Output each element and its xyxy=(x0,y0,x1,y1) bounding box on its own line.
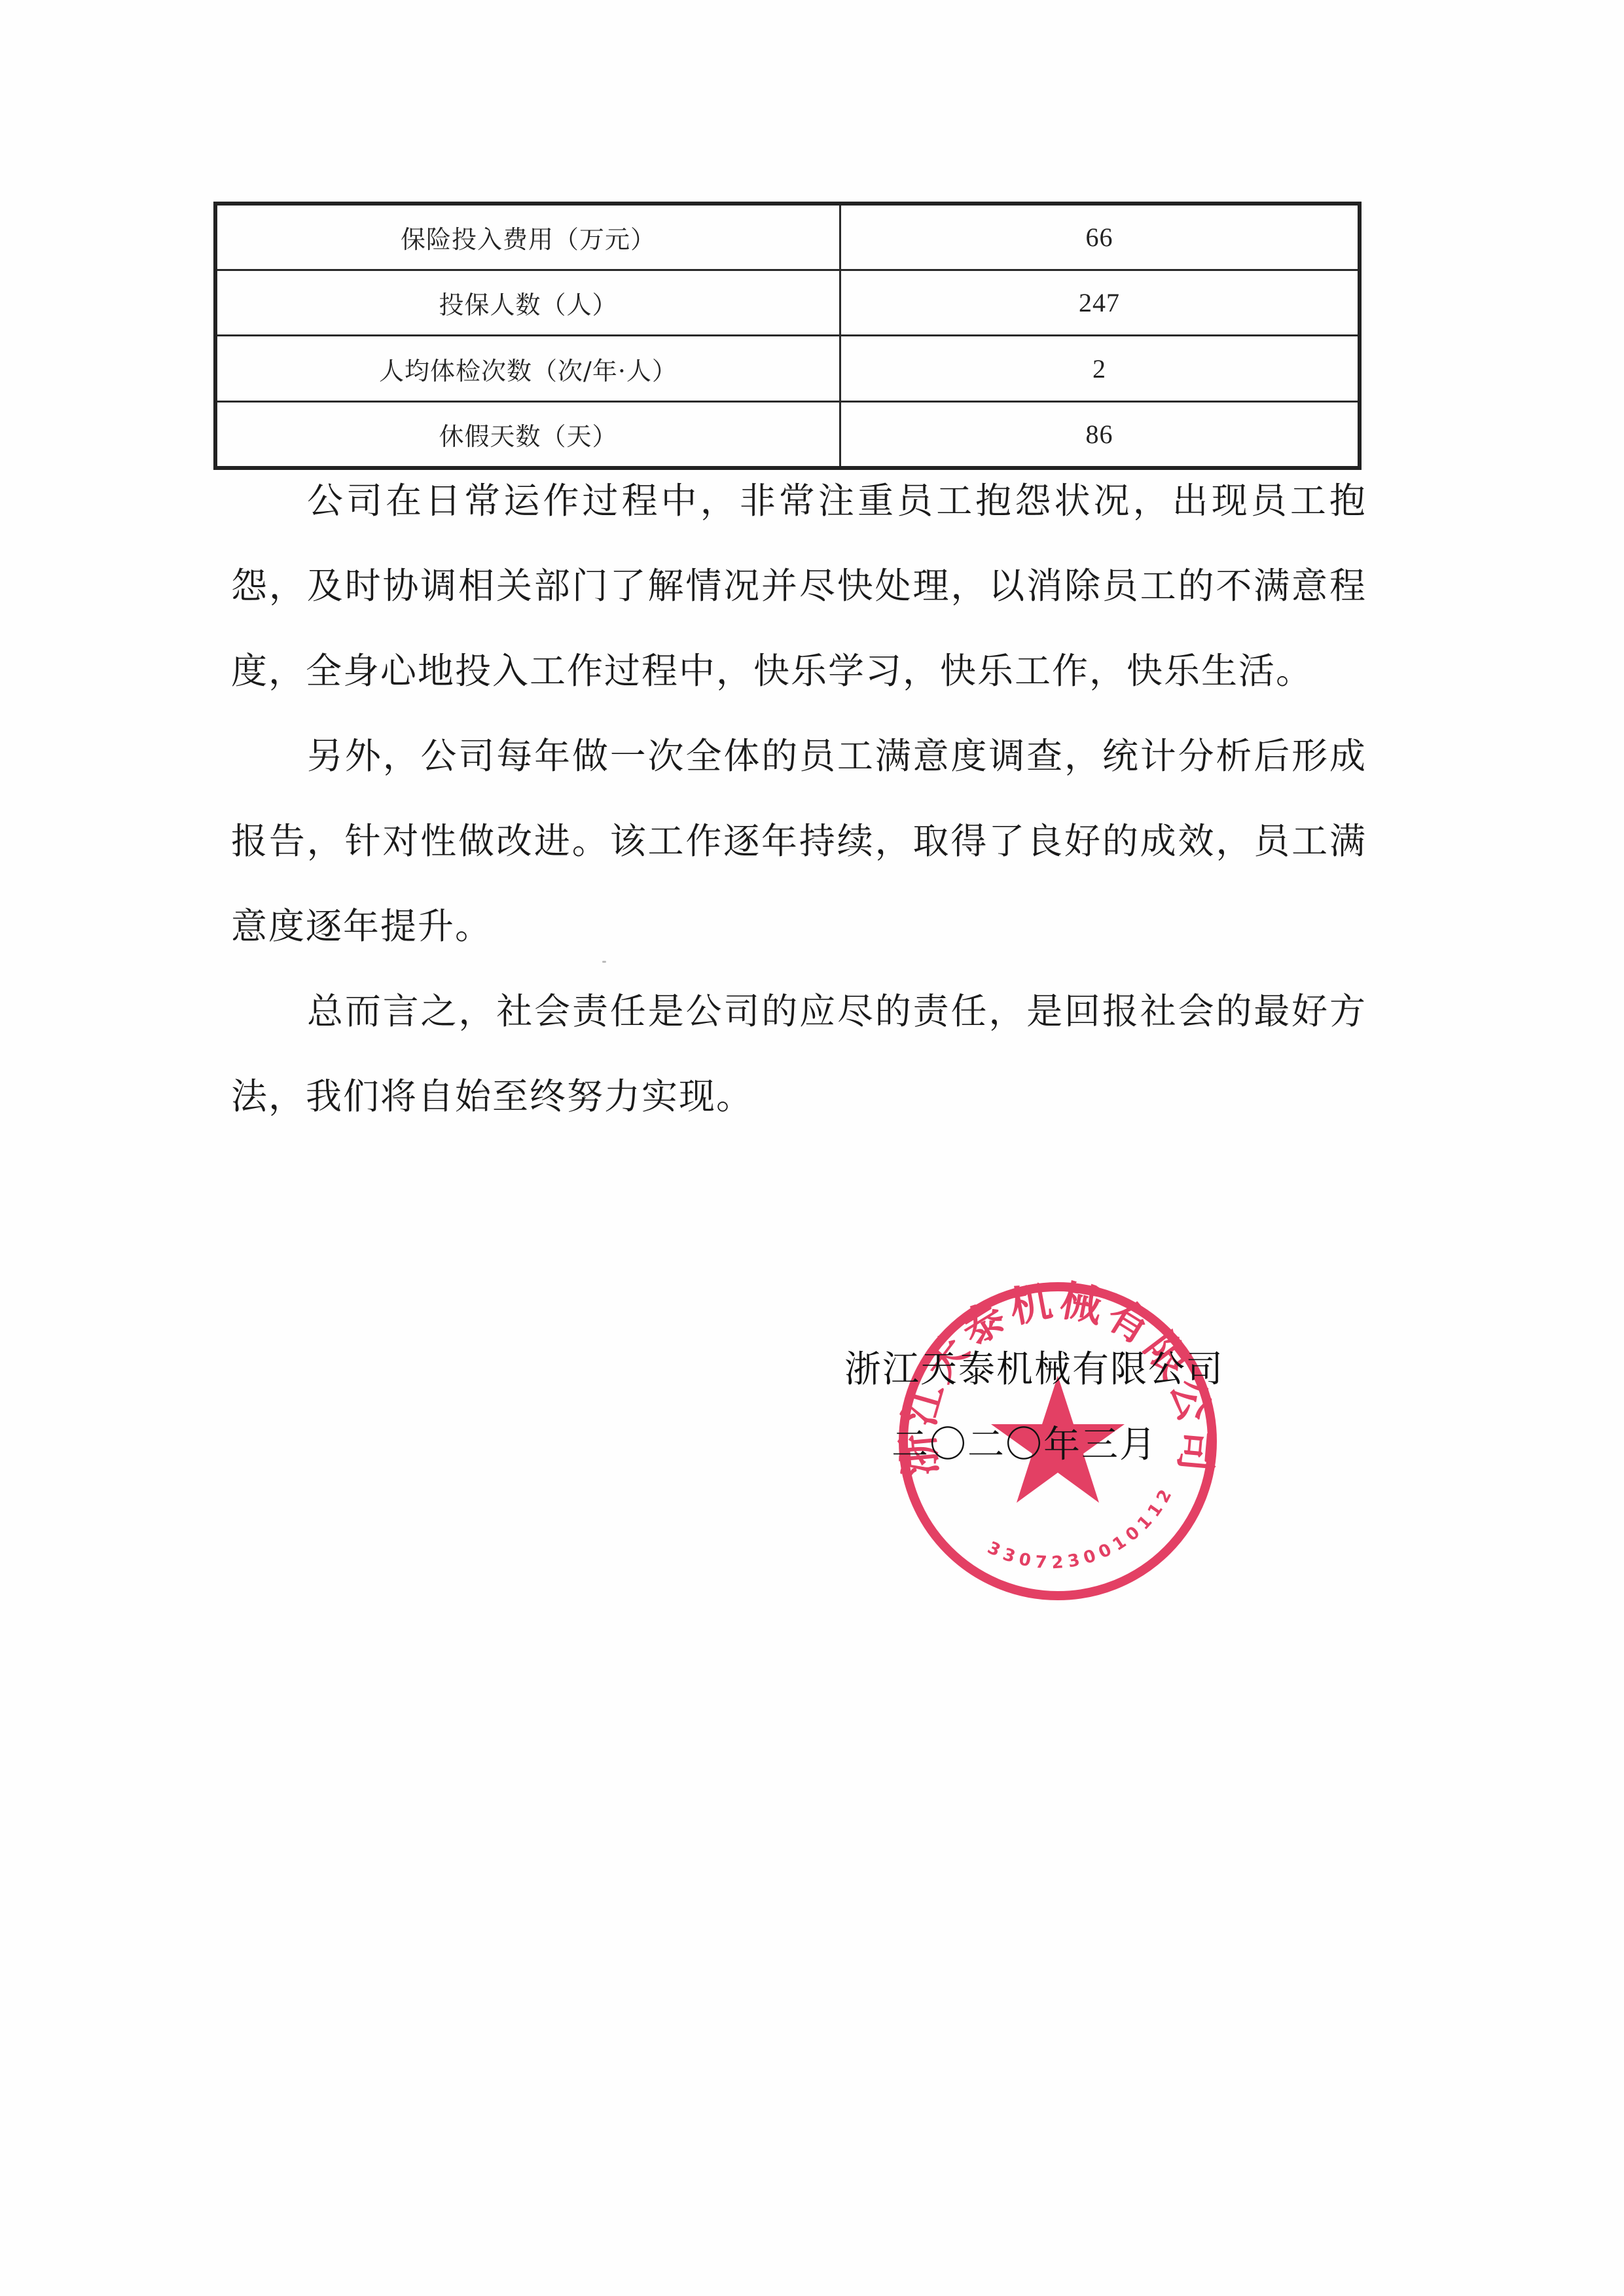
table-row: 保险投入费用（万元） 66 xyxy=(215,204,1360,270)
row-label: 保险投入费用（万元） xyxy=(215,204,840,270)
document-page: 保险投入费用（万元） 66 投保人数（人） 247 人均体检次数（次/年·人） … xyxy=(0,0,1624,2296)
stamp-serial-number: 3307230010112 xyxy=(984,1482,1178,1573)
table-row: 人均体检次数（次/年·人） 2 xyxy=(215,336,1360,401)
scan-speck xyxy=(602,961,606,963)
paragraph-satisfaction-survey: 另外，公司每年做一次全体的员工满意度调查，统计分析后形成报告，针对性做改进。该工… xyxy=(231,713,1367,969)
table-row: 投保人数（人） 247 xyxy=(215,270,1360,336)
welfare-data-table: 保险投入费用（万元） 66 投保人数（人） 247 人均体检次数（次/年·人） … xyxy=(213,202,1362,470)
signature-company: 浙江天泰机械有限公司 xyxy=(844,1340,1237,1393)
paragraph-conclusion: 总而言之，社会责任是公司的应尽的责任，是回报社会的最好方法，我们将自始至终努力实… xyxy=(231,969,1367,1139)
row-label: 人均体检次数（次/年·人） xyxy=(215,336,840,401)
paragraph-complaints: 公司在日常运作过程中，非常注重员工抱怨状况，出现员工抱怨，及时协调相关部门了解情… xyxy=(231,458,1367,713)
row-value: 66 xyxy=(840,204,1360,270)
row-value: 2 xyxy=(840,336,1360,401)
row-label: 投保人数（人） xyxy=(215,270,840,336)
row-value: 247 xyxy=(840,270,1360,336)
signature-date: 二〇二〇年三月 xyxy=(892,1416,1219,1468)
